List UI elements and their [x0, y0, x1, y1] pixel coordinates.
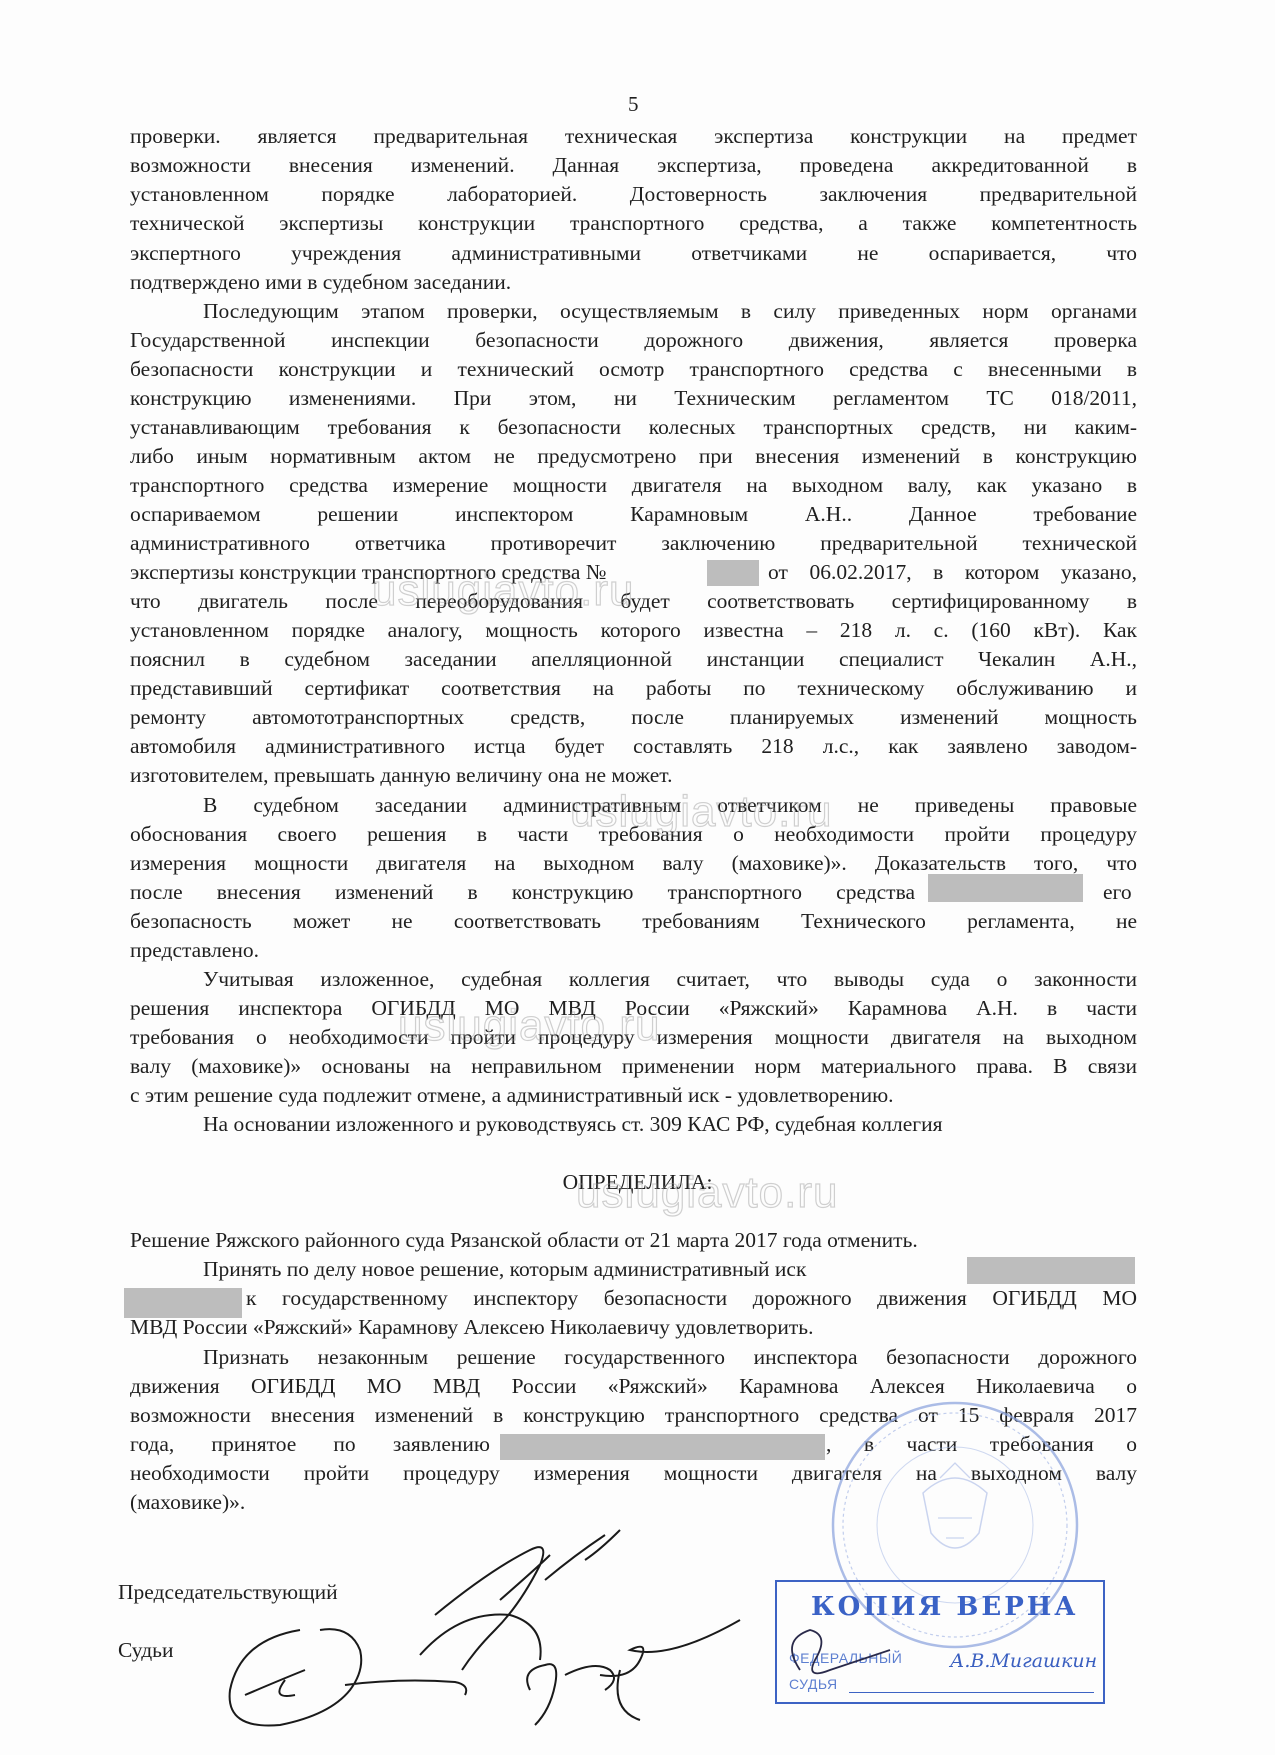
text-line: МВД России «Ряжский» Карамнову Алексею Н… [130, 1313, 1137, 1342]
text-line: Государственной инспекции безопасности д… [130, 326, 1137, 355]
text-line: валу (маховике)» основаны на неправильно… [130, 1052, 1137, 1081]
text-line: Принять по делу новое решение, которым а… [203, 1255, 963, 1284]
text-line: его [1103, 878, 1143, 907]
text-line: возможности внесения изменений. Данная э… [130, 151, 1137, 180]
text-line: Учитывая изложенное, судебная коллегия с… [203, 965, 1137, 994]
text-line: На основании изложенного и руководствуяс… [203, 1110, 1137, 1139]
text-line: экспертного учреждения административными… [130, 239, 1137, 268]
redacted-box [500, 1434, 825, 1460]
text-line: экспертизы конструкции транспортного сре… [130, 558, 700, 587]
text-line: Признать незаконным решение государствен… [203, 1343, 1137, 1372]
text-line: установленном порядке лабораторией. Дост… [130, 180, 1137, 209]
text-line: представлено. [130, 936, 1137, 965]
text-line: Последующим этапом проверки, осуществляе… [203, 297, 1137, 326]
text-line: года, принятое по заявлению [130, 1430, 490, 1459]
text-line: безопасность может не соответствовать тр… [130, 907, 1137, 936]
stamp-signer-name: А.В.Мигашкин [950, 1650, 1097, 1672]
text-line: после внесения изменений в конструкцию т… [130, 878, 915, 907]
text-line: автомобиля административного истца будет… [130, 732, 1137, 761]
text-line: безопасности конструкции и технический о… [130, 355, 1137, 384]
redacted-box [928, 874, 1083, 902]
text-line: транспортного средства измерение мощност… [130, 471, 1137, 500]
text-line: проверки. является предварительная техни… [130, 122, 1137, 151]
text-line: Решение Ряжского районного суда Рязанско… [130, 1226, 1137, 1255]
handwritten-signatures [200, 1510, 920, 1730]
text-line: ремонту автомототранспортных средств, по… [130, 703, 1137, 732]
text-line: устанавливающим требования к безопасност… [130, 413, 1137, 442]
text-line: технической экспертизы конструкции транс… [130, 209, 1137, 238]
text-line: подтверждено ими в судебном заседании. [130, 268, 1137, 297]
document-page: 5 проверки. является предварительная тех… [0, 0, 1275, 1755]
text-line: конструкцию изменениями. При этом, ни Те… [130, 384, 1137, 413]
resolution-heading: ОПРЕДЕЛИЛА: [0, 1170, 1275, 1195]
text-line: требования о необходимости пройти процед… [130, 1023, 1137, 1052]
text-line: обоснования своего решения в части требо… [130, 820, 1137, 849]
text-line: В судебном заседании административным от… [203, 791, 1137, 820]
judges-label: Судьи [118, 1638, 173, 1663]
redacted-box [707, 560, 759, 586]
text-line: от 06.02.2017, в котором указано, [768, 558, 1137, 587]
text-line: что двигатель после переоборудования буд… [130, 587, 1137, 616]
page-number: 5 [628, 92, 639, 117]
text-line: установленном порядке аналогу, мощность … [130, 616, 1137, 645]
text-line: представивший сертификат соответствия на… [130, 674, 1137, 703]
redacted-box [967, 1257, 1135, 1284]
text-line: решения инспектора ОГИБДД МО МВД России … [130, 994, 1137, 1023]
text-line: оспариваемом решении инспектором Карамно… [130, 500, 1137, 529]
text-line: изготовителем, превышать данную величину… [130, 761, 1137, 790]
text-line: административного ответчика противоречит… [130, 529, 1137, 558]
text-line: к государственному инспектору безопаснос… [246, 1284, 1137, 1313]
text-line: с этим решение суда подлежит отмене, а а… [130, 1081, 1137, 1110]
text-line: либо иным нормативным актом не предусмот… [130, 442, 1137, 471]
text-line: пояснил в судебном заседании апелляционн… [130, 645, 1137, 674]
text-line: движения ОГИБДД МО МВД России «Ряжский» … [130, 1372, 1137, 1401]
